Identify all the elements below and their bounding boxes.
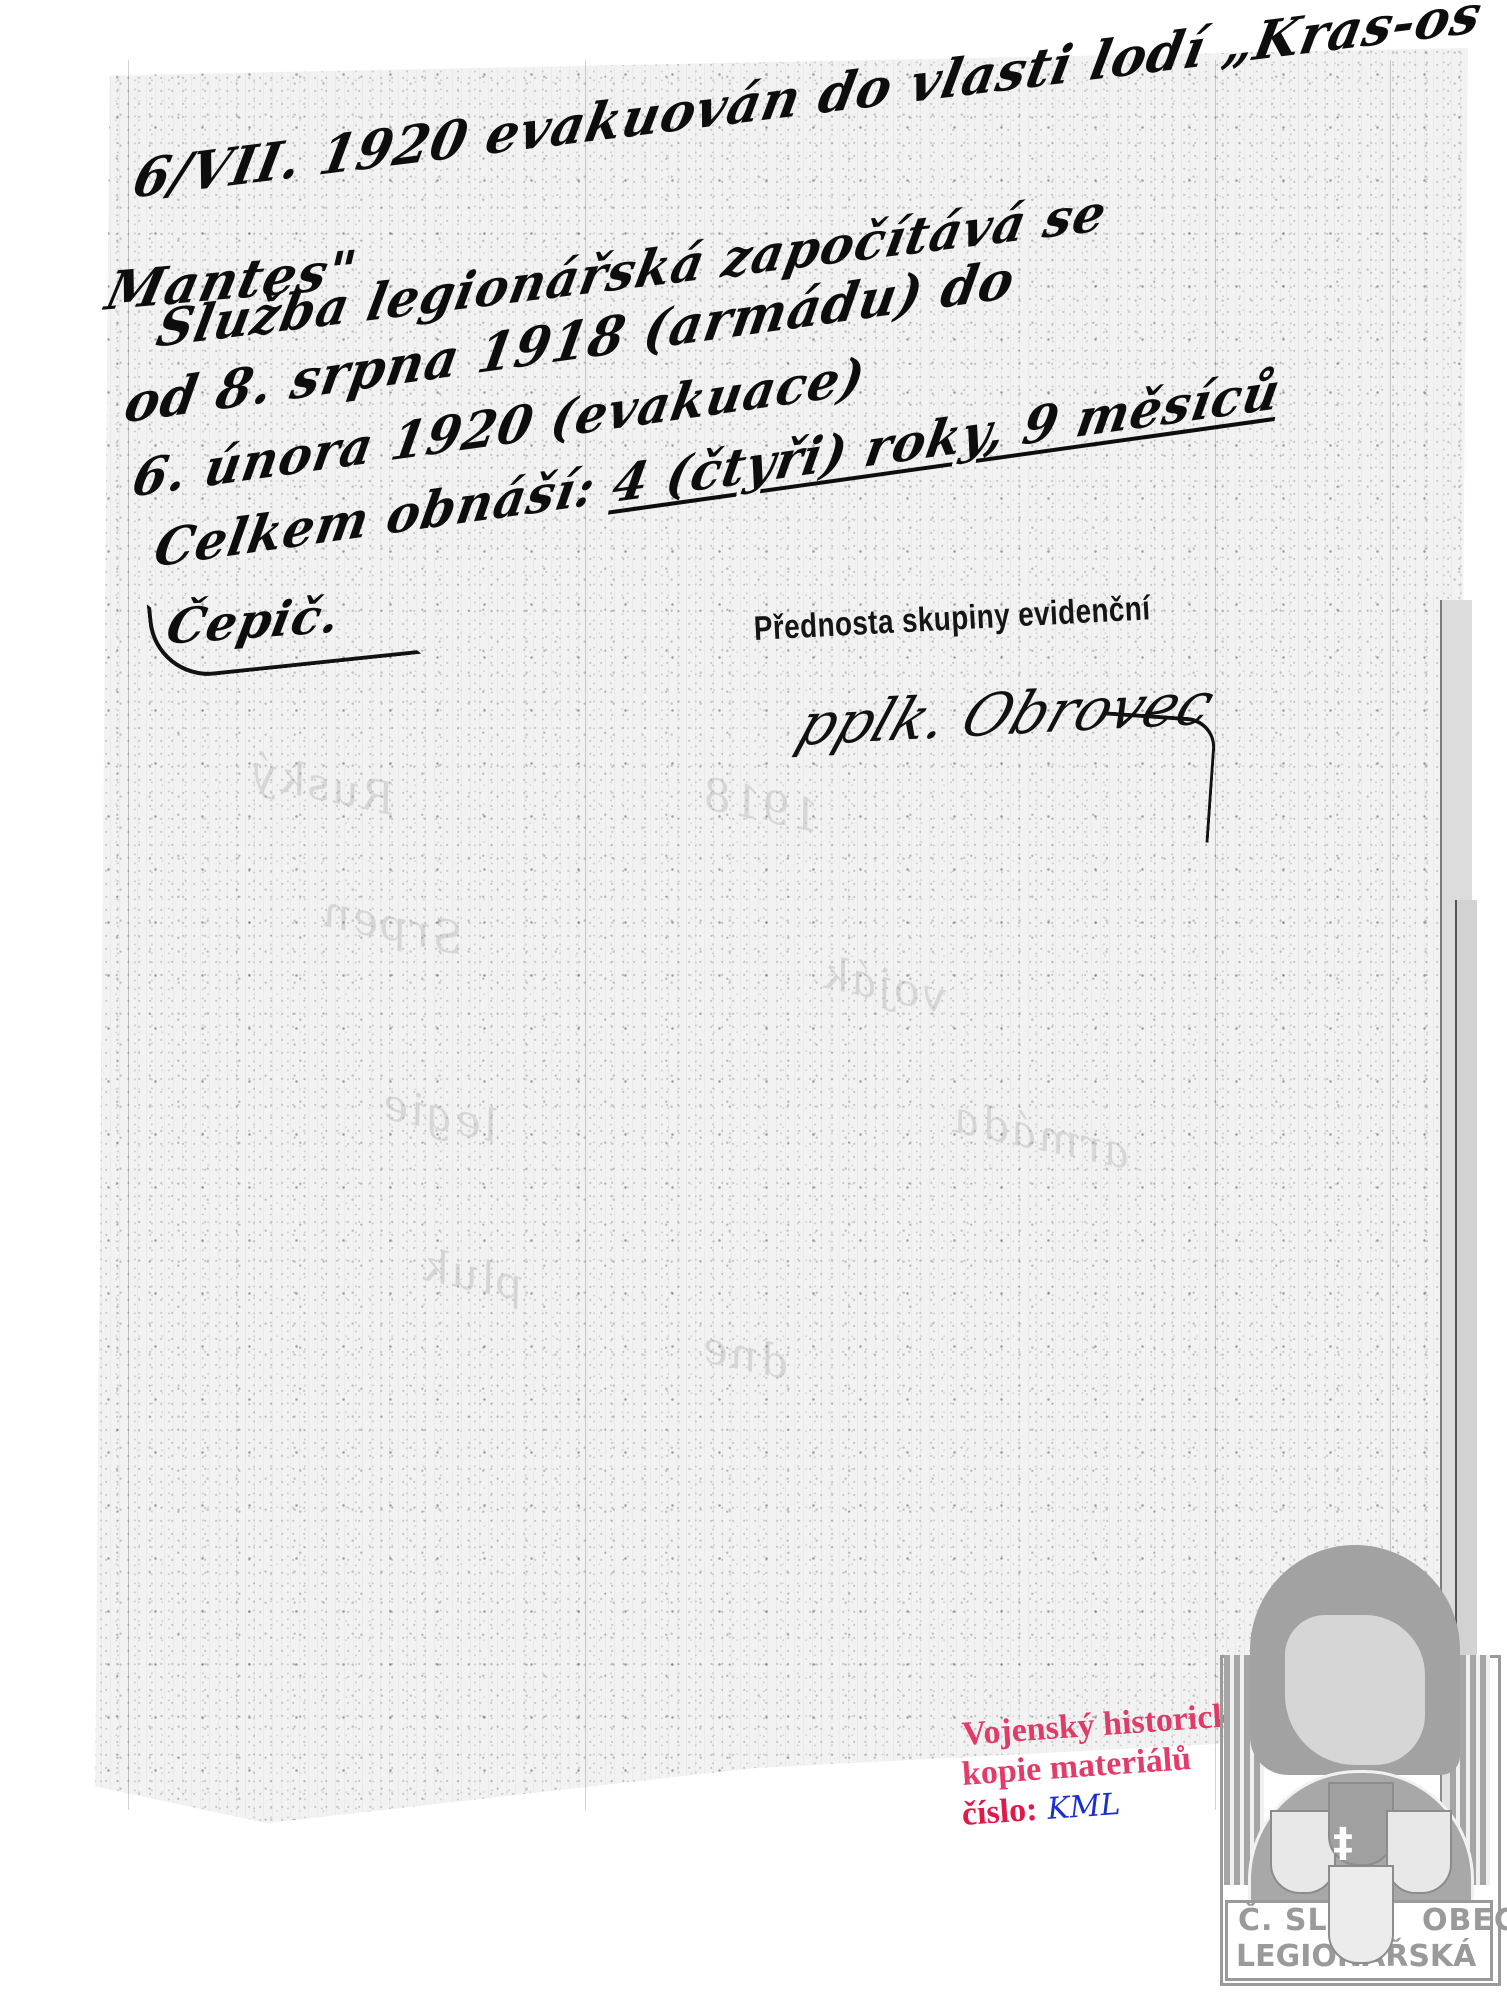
archive-number-value: KML	[1046, 1787, 1121, 1827]
legionnaire-helmet-icon	[1250, 1545, 1460, 1775]
legion-community-logo: ‡ Č. SL.OBEC LEGIONÁŘSKÁ	[1200, 1520, 1495, 1980]
bohemian-lion-shield-icon	[1328, 1865, 1394, 1964]
double-cross-icon: ‡	[1333, 1820, 1353, 1866]
ruling-line	[128, 60, 129, 1810]
signature-tail-stroke	[1096, 711, 1217, 843]
moravian-eagle-shield-icon	[1386, 1810, 1452, 1894]
silesian-eagle-shield-icon	[1270, 1810, 1336, 1894]
archive-number-label: číslo:	[961, 1791, 1039, 1833]
